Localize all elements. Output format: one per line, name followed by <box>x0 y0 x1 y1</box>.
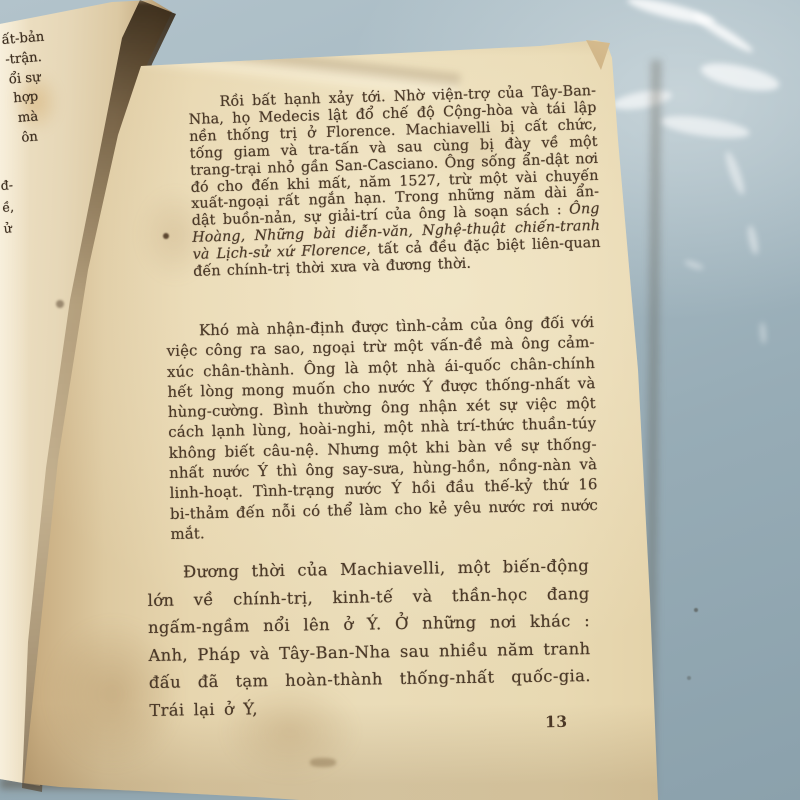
text-run: Khó mà nhận-định được tình-cảm của ông đ… <box>166 313 598 543</box>
surface-speck <box>694 608 698 612</box>
stain <box>310 758 336 767</box>
scuff-mark <box>611 87 673 113</box>
left-page-text-fragment: đ- <box>0 173 23 196</box>
scuff-mark <box>722 150 747 197</box>
scuff-mark <box>746 224 760 255</box>
paragraph: Đương thời của Machiavelli, một biến-độn… <box>147 552 592 724</box>
scuff-mark <box>684 259 705 271</box>
left-page-fragments-upper: ất-bản-trận.ổi sựhợpmàôn <box>1 27 62 149</box>
stain <box>163 233 169 239</box>
left-page-text-fragment: ôn <box>21 126 62 149</box>
text-run: Rồi bất hạnh xảy tới. Nhờ viện-trợ của T… <box>189 83 600 229</box>
page-number: 13 <box>545 712 568 731</box>
left-page-fragments-lower: đ-ề,ử <box>0 173 26 239</box>
scuff-mark <box>659 112 751 142</box>
scuff-mark <box>699 58 782 96</box>
left-page-text-fragment: ề, <box>1 195 24 218</box>
left-page-text-fragment: ử <box>3 216 26 239</box>
text-run: Đương thời của Machiavelli, một biến-độn… <box>147 556 591 720</box>
paragraph: Rồi bất hạnh xảy tới. Nhờ viện-trợ của T… <box>188 83 601 281</box>
scuff-mark <box>759 322 767 344</box>
paragraph: Khó mà nhận-định được tình-cảm của ông đ… <box>166 312 599 544</box>
photo-background: ất-bản-trận.ổi sựhợpmàôn đ-ề,ử Rồi bất h… <box>0 0 800 800</box>
surface-speck <box>687 676 691 680</box>
scuff-mark <box>691 10 756 56</box>
stain <box>56 300 64 308</box>
